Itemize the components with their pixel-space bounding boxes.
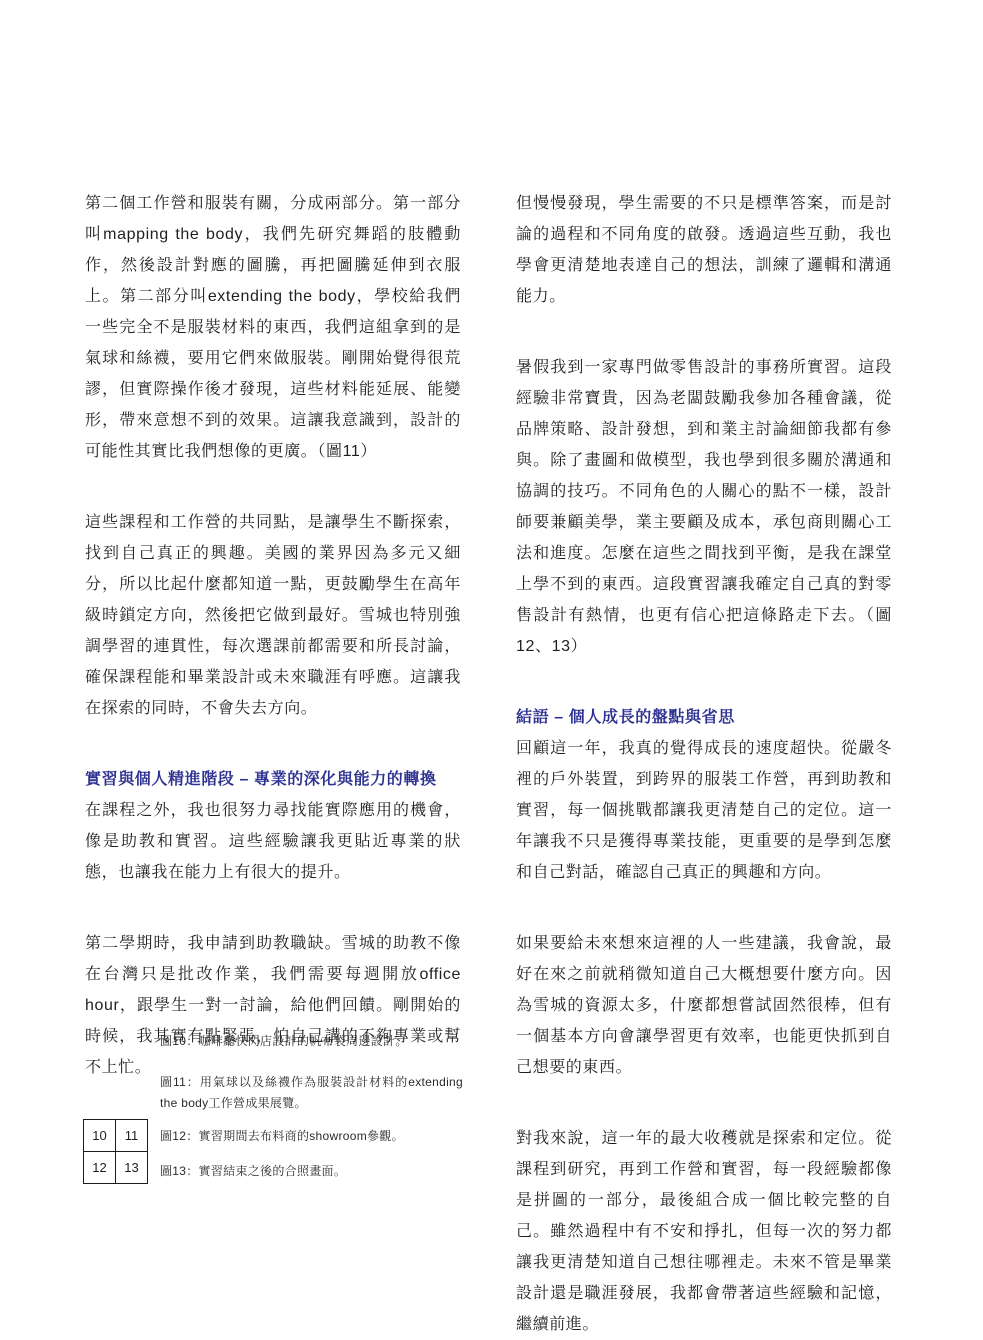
paragraph-workshop-clothing: 第二個工作營和服裝有關，分成兩部分。第一部分叫mapping the body，…	[85, 188, 461, 467]
paragraph-courses-common-point: 這些課程和工作營的共同點，是讓學生不斷探索，找到自己真正的興趣。美國的業界因為多…	[85, 507, 461, 724]
right-column: 但慢慢發現，學生需要的不只是標準答案，而是討論的過程和不同角度的啟發。透過這些互…	[516, 188, 892, 1340]
figure-caption-13: 圖13：實習結束之後的合照畫面。	[160, 1161, 463, 1182]
paragraph-biggest-gain: 對我來說，這一年的最大收穫就是探索和定位。從課程到研究，再到工作營和實習，每一段…	[516, 1123, 892, 1340]
paragraph-year-review: 回顧這一年，我真的覺得成長的速度超快。從嚴冬裡的戶外裝置，到跨界的服裝工作營，再…	[516, 733, 892, 888]
figure-caption-10: 圖10：咖啡廳快閃店設計的帆布袋周邊設計。	[160, 1031, 463, 1052]
figure-grid-cell-13: 13	[116, 1152, 148, 1184]
paragraph-beyond-courses: 在課程之外，我也很努力尋找能實際應用的機會，像是助教和實習。這些經驗讓我更貼近專…	[85, 795, 461, 888]
document-page: 第二個工作營和服裝有關，分成兩部分。第一部分叫mapping the body，…	[0, 0, 983, 1310]
left-column: 第二個工作營和服裝有關，分成兩部分。第一部分叫mapping the body，…	[85, 188, 461, 1083]
paragraph-summer-internship: 暑假我到一家專門做零售設計的事務所實習。這段經驗非常寶貴，因為老闆鼓勵我參加各種…	[516, 352, 892, 662]
figure-captions: 圖10：咖啡廳快閃店設計的帆布袋周邊設計。 圖11：用氣球以及絲襪作為服裝設計材…	[160, 1031, 463, 1182]
figure-grid-cell-12: 12	[84, 1152, 116, 1184]
paragraph-advice: 如果要給未來想來這裡的人一些建議，我會說，最好在來之前就稍微知道自己大概想要什麼…	[516, 928, 892, 1083]
figure-caption-11: 圖11：用氣球以及絲襪作為服裝設計材料的extending the body工作…	[160, 1072, 463, 1114]
figure-grid-cell-10: 10	[84, 1120, 116, 1152]
figure-caption-12: 圖12：實習期間去布料商的showroom參觀。	[160, 1126, 463, 1147]
section-heading-conclusion: 結語 – 個人成長的盤點與省思	[516, 702, 892, 733]
figure-index-grid: 10 11 12 13	[83, 1119, 148, 1184]
figure-grid-cell-11: 11	[116, 1120, 148, 1152]
paragraph-ta-learning: 但慢慢發現，學生需要的不只是標準答案，而是討論的過程和不同角度的啟發。透過這些互…	[516, 188, 892, 312]
section-heading-internship: 實習與個人精進階段 – 專業的深化與能力的轉換	[85, 764, 461, 795]
